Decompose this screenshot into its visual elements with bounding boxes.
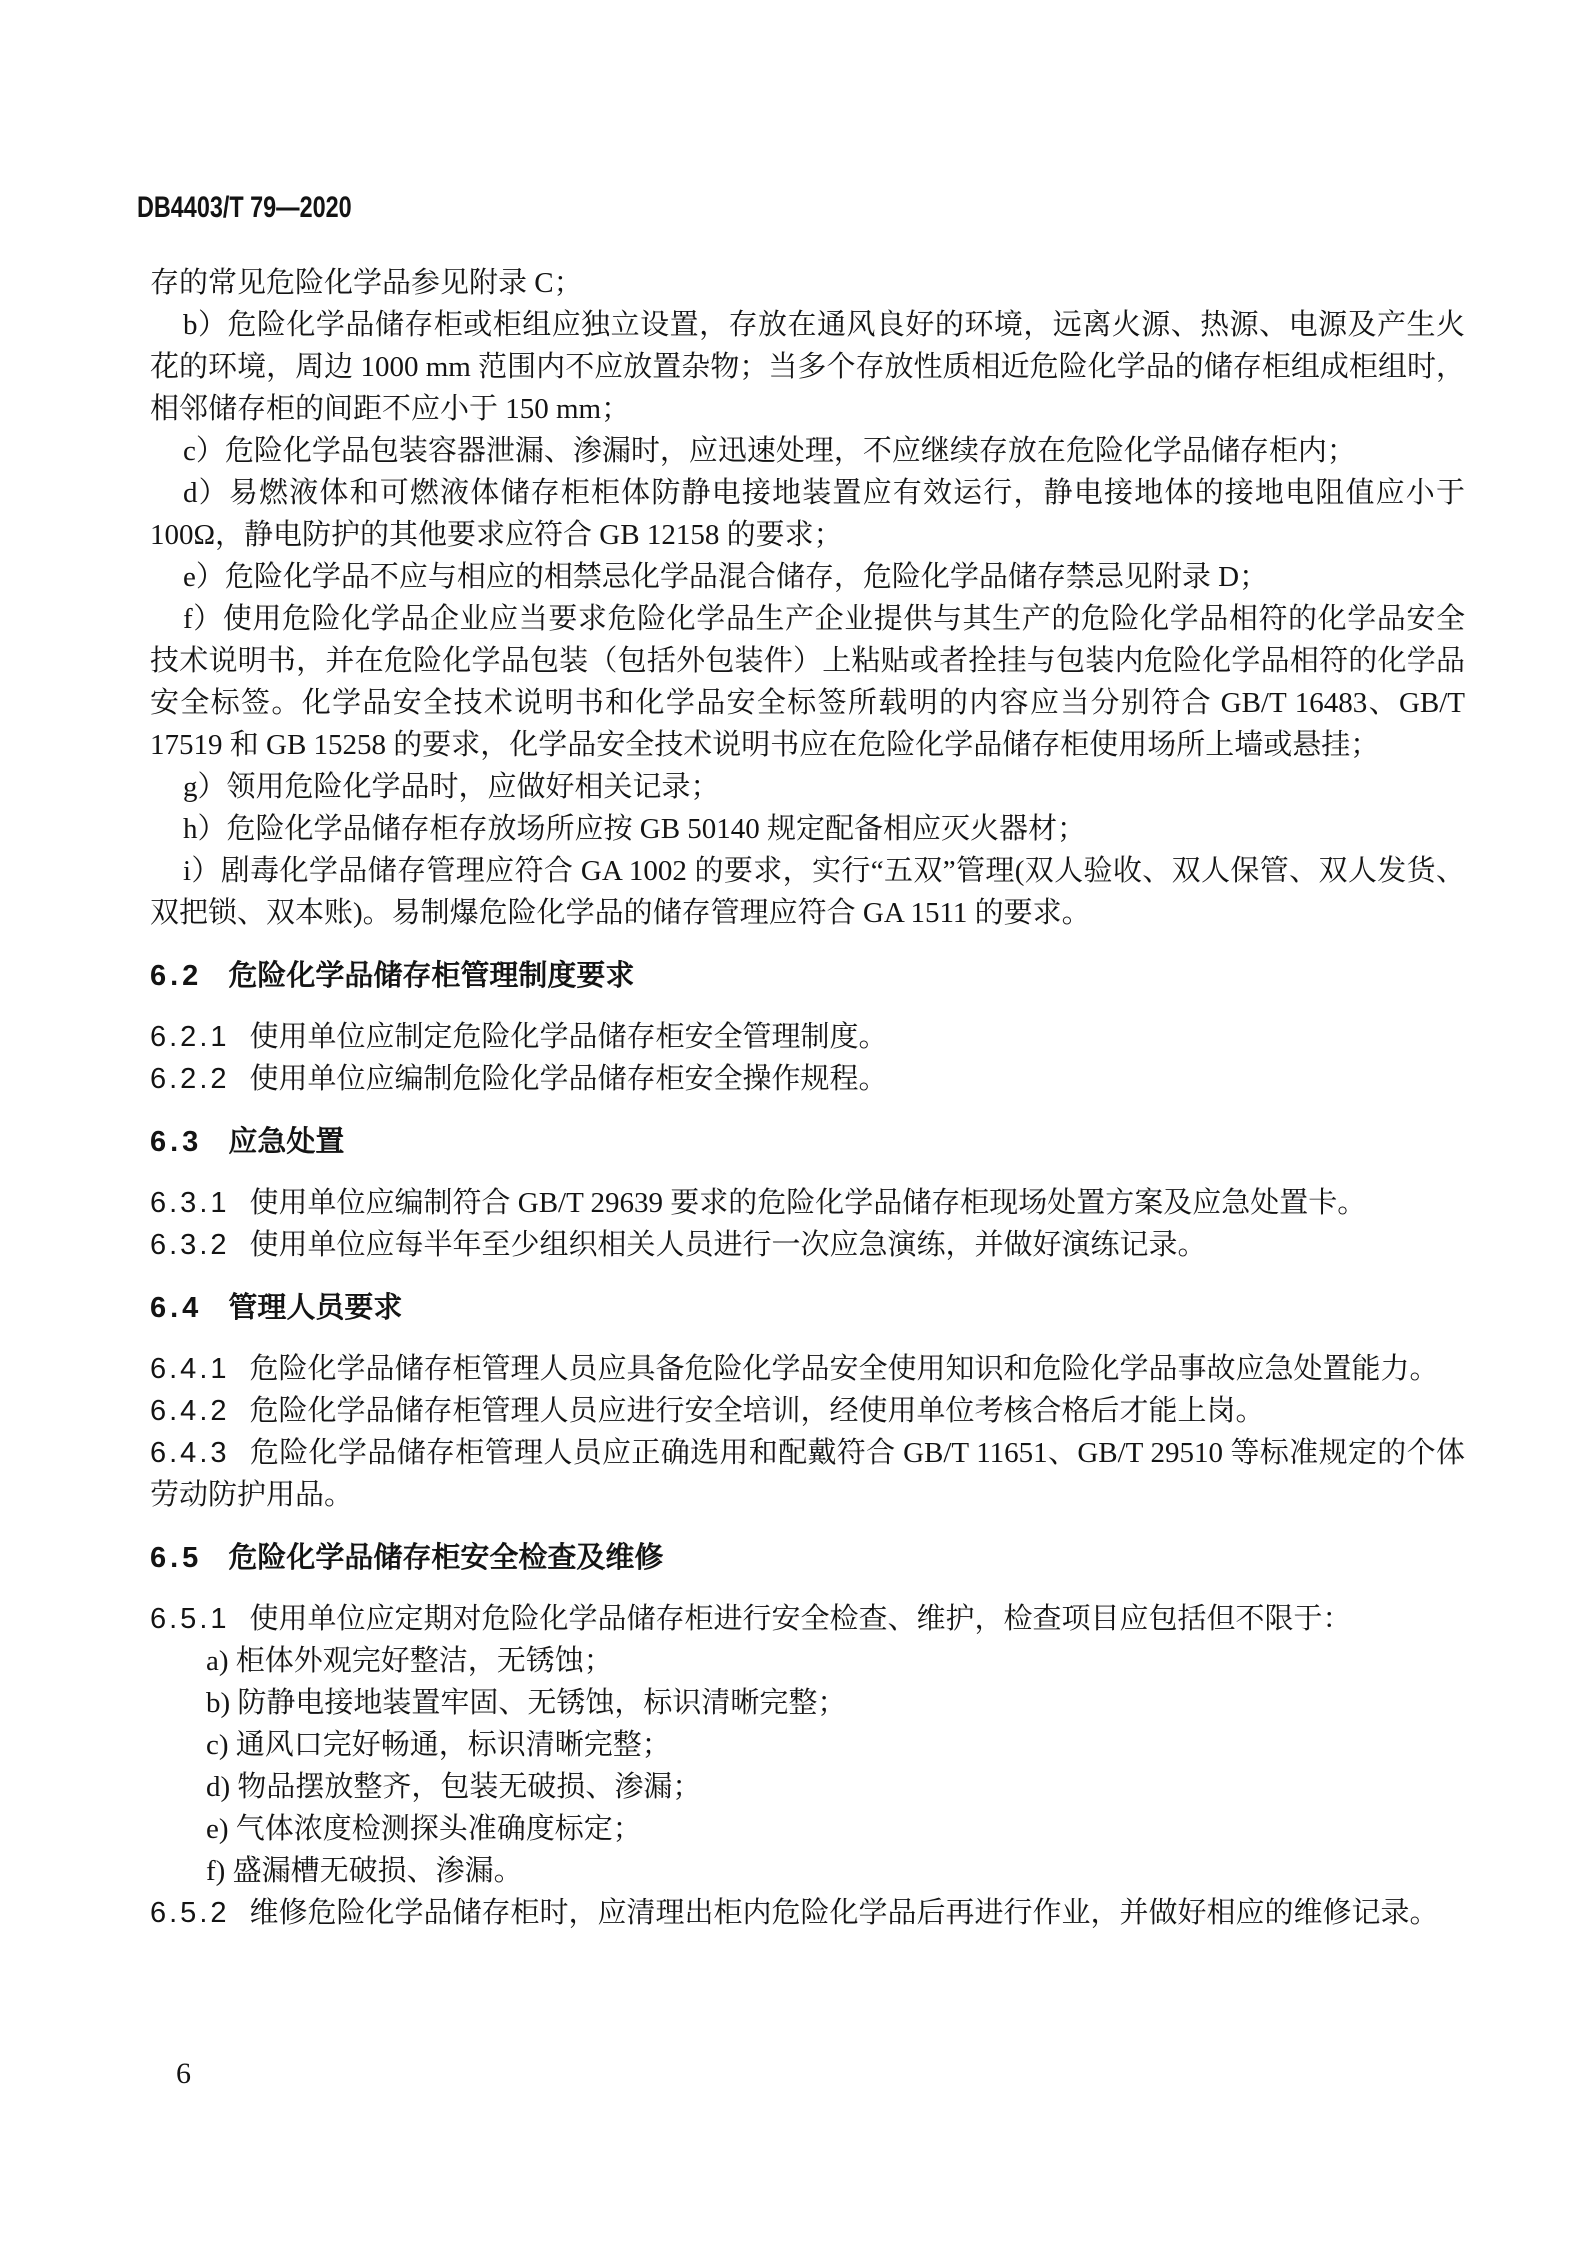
clause-number: 6.5.1 (150, 1603, 230, 1635)
paragraph-continuation: 存的常见危险化学品参见附录 C； (150, 262, 1465, 304)
check-item-f: f) 盛漏槽无破损、渗漏。 (206, 1850, 1465, 1892)
section-number: 6.5 (150, 1537, 202, 1579)
clause-number: 6.5.2 (150, 1897, 230, 1929)
clause-6-4-2: 6.4.2危险化学品储存柜管理人员应进行安全培训，经使用单位考核合格后才能上岗。 (150, 1390, 1465, 1432)
list-item-b: b）危险化学品储存柜或柜组应独立设置，存放在通风良好的环境，远离火源、热源、电源… (150, 304, 1465, 430)
section-title: 危险化学品储存柜安全检查及维修 (228, 1542, 663, 1574)
clause-text: 危险化学品储存柜管理人员应正确选用和配戴符合 GB/T 11651、GB/T 2… (150, 1437, 1465, 1511)
list-item-h: h）危险化学品储存柜存放场所应按 GB 50140 规定配备相应灭火器材； (150, 808, 1465, 850)
check-item-a: a) 柜体外观完好整洁，无锈蚀； (206, 1640, 1465, 1682)
check-item-b: b) 防静电接地装置牢固、无锈蚀，标识清晰完整； (206, 1682, 1465, 1724)
list-item-i: i）剧毒化学品储存管理应符合 GA 1002 的要求，实行“五双”管理(双人验收… (150, 850, 1465, 934)
clause-number: 6.2.2 (150, 1063, 230, 1095)
clause-number: 6.3.2 (150, 1229, 230, 1261)
section-number: 6.3 (150, 1121, 202, 1163)
clause-number: 6.3.1 (150, 1187, 230, 1219)
section-heading-6-5: 6.5危险化学品储存柜安全检查及维修 (150, 1537, 1465, 1579)
clause-number: 6.4.3 (150, 1437, 230, 1469)
clause-text: 危险化学品储存柜管理人员应进行安全培训，经使用单位考核合格后才能上岗。 (250, 1395, 1265, 1427)
check-item-d: d) 物品摆放整齐，包装无破损、渗漏； (206, 1766, 1465, 1808)
clause-text: 危险化学品储存柜管理人员应具备危险化学品安全使用知识和危险化学品事故应急处置能力… (250, 1353, 1439, 1385)
clause-6-2-2: 6.2.2使用单位应编制危险化学品储存柜安全操作规程。 (150, 1058, 1465, 1100)
standard-number-header: DB4403/T 79—2020 (137, 193, 352, 223)
clause-text: 使用单位应编制符合 GB/T 29639 要求的危险化学品储存柜现场处置方案及应… (250, 1187, 1367, 1219)
clause-6-4-1: 6.4.1危险化学品储存柜管理人员应具备危险化学品安全使用知识和危险化学品事故应… (150, 1348, 1465, 1390)
clause-text: 使用单位应定期对危险化学品储存柜进行安全检查、维护，检查项目应包括但不限于： (250, 1603, 1352, 1635)
section-number: 6.4 (150, 1287, 202, 1329)
clause-6-5-2: 6.5.2维修危险化学品储存柜时，应清理出柜内危险化学品后再进行作业，并做好相应… (150, 1892, 1465, 1934)
list-item-e: e）危险化学品不应与相应的相禁忌化学品混合储存，危险化学品储存禁忌见附录 D； (150, 556, 1465, 598)
clause-6-3-2: 6.3.2使用单位应每半年至少组织相关人员进行一次应急演练，并做好演练记录。 (150, 1224, 1465, 1266)
check-item-c: c) 通风口完好畅通，标识清晰完整； (206, 1724, 1465, 1766)
section-heading-6-2: 6.2危险化学品储存柜管理制度要求 (150, 955, 1465, 997)
clause-6-3-1: 6.3.1使用单位应编制符合 GB/T 29639 要求的危险化学品储存柜现场处… (150, 1182, 1465, 1224)
list-item-f: f）使用危险化学品企业应当要求危险化学品生产企业提供与其生产的危险化学品相符的化… (150, 598, 1465, 766)
section-title: 管理人员要求 (228, 1292, 402, 1324)
clause-text: 使用单位应制定危险化学品储存柜安全管理制度。 (250, 1021, 888, 1053)
clause-text: 使用单位应编制危险化学品储存柜安全操作规程。 (250, 1063, 888, 1095)
clause-number: 6.4.1 (150, 1353, 230, 1385)
clause-text: 使用单位应每半年至少组织相关人员进行一次应急演练，并做好演练记录。 (250, 1229, 1207, 1261)
list-item-d: d）易燃液体和可燃液体储存柜柜体防静电接地装置应有效运行，静电接地体的接地电阻值… (150, 472, 1465, 556)
section-title: 应急处置 (228, 1126, 344, 1158)
section-heading-6-3: 6.3应急处置 (150, 1121, 1465, 1163)
list-item-c: c）危险化学品包装容器泄漏、渗漏时，应迅速处理，不应继续存放在危险化学品储存柜内… (150, 430, 1465, 472)
clause-6-4-3: 6.4.3危险化学品储存柜管理人员应正确选用和配戴符合 GB/T 11651、G… (150, 1432, 1465, 1516)
page-number: 6 (176, 2056, 191, 2092)
clause-number: 6.2.1 (150, 1021, 230, 1053)
section-number: 6.2 (150, 955, 202, 997)
section-title: 危险化学品储存柜管理制度要求 (228, 960, 634, 992)
list-item-g: g）领用危险化学品时，应做好相关记录； (150, 766, 1465, 808)
clause-6-2-1: 6.2.1使用单位应制定危险化学品储存柜安全管理制度。 (150, 1016, 1465, 1058)
document-page: DB4403/T 79—2020 存的常见危险化学品参见附录 C； b）危险化学… (0, 0, 1587, 2245)
clause-text: 维修危险化学品储存柜时，应清理出柜内危险化学品后再进行作业，并做好相应的维修记录… (250, 1897, 1439, 1929)
check-item-e: e) 气体浓度检测探头准确度标定； (206, 1808, 1465, 1850)
clause-6-5-1: 6.5.1使用单位应定期对危险化学品储存柜进行安全检查、维护，检查项目应包括但不… (150, 1598, 1465, 1640)
clause-number: 6.4.2 (150, 1395, 230, 1427)
section-heading-6-4: 6.4管理人员要求 (150, 1287, 1465, 1329)
